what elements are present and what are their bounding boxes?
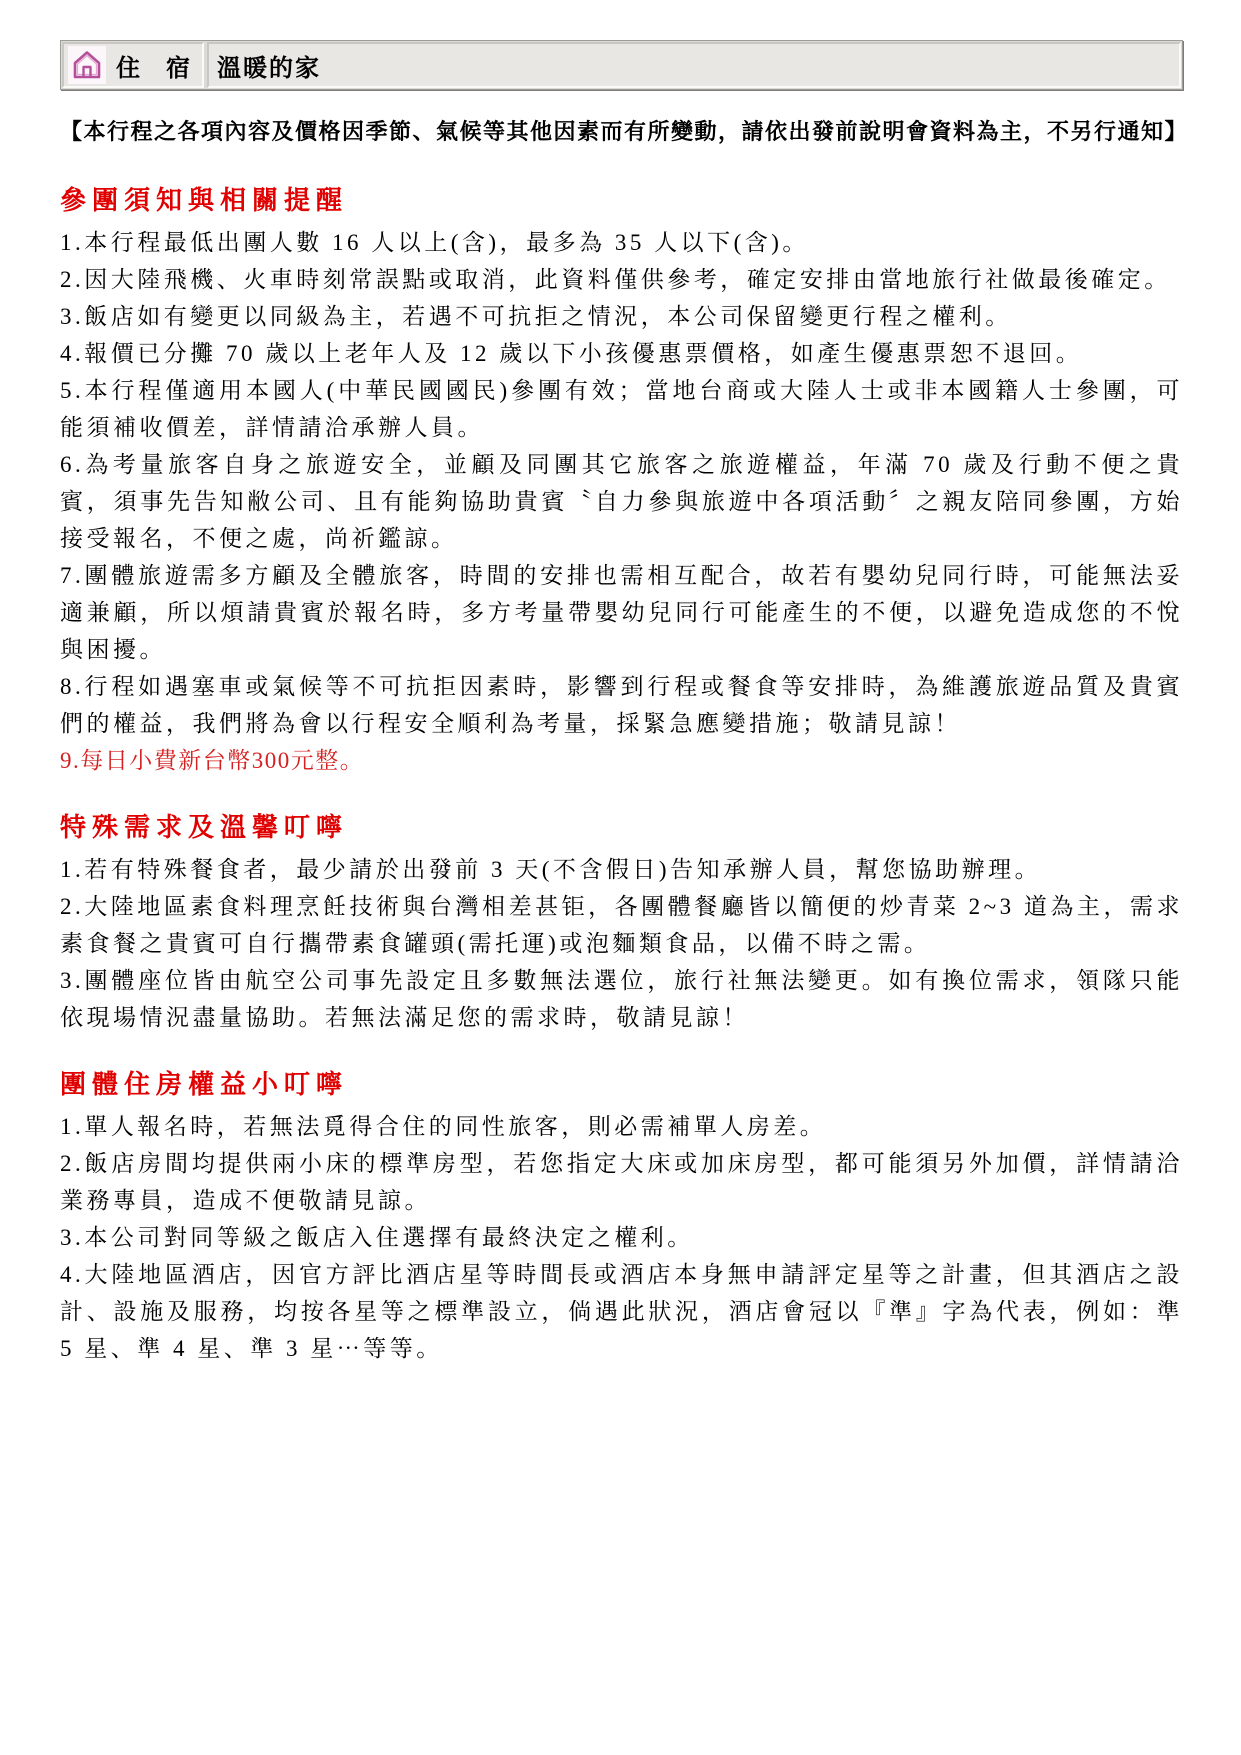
list-item: 4.大陸地區酒店，因官方評比酒店星等時間長或酒店本身無申請評定星等之計畫，但其酒… bbox=[60, 1256, 1183, 1367]
list-item: 3.本公司對同等級之飯店入住選擇有最終決定之權利。 bbox=[60, 1219, 1183, 1256]
list-item: 5.本行程僅適用本國人(中華民國國民)參團有效；當地台商或大陸人士或非本國籍人士… bbox=[60, 372, 1183, 446]
header-title: 溫暖的家 bbox=[217, 48, 321, 83]
list-item: 3.團體座位皆由航空公司事先設定且多數無法選位，旅行社無法變更。如有換位需求，領… bbox=[60, 962, 1183, 1036]
list-item: 1.本行程最低出團人數 16 人以上(含)，最多為 35 人以下(含)。 bbox=[60, 224, 1183, 261]
list-item: 6.為考量旅客自身之旅遊安全，並顧及同團其它旅客之旅遊權益，年滿 70 歲及行動… bbox=[60, 446, 1183, 557]
list-item: 2.飯店房間均提供兩小床的標準房型，若您指定大床或加床房型，都可能須另外加價，詳… bbox=[60, 1145, 1183, 1219]
header-title-cell: 溫暖的家 bbox=[207, 42, 1181, 88]
section-title-special-needs: 特殊需求及溫馨叮嚀 bbox=[60, 813, 1183, 843]
list-item: 1.單人報名時，若無法覓得合住的同性旅客，則必需補單人房差。 bbox=[60, 1108, 1183, 1145]
header-category-label: 住 宿 bbox=[116, 48, 200, 83]
section-header-bar: 住 宿 溫暖的家 bbox=[60, 40, 1183, 90]
notice-line: 【本行程之各項內容及價格因季節、氣候等其他因素而有所變動，請依出發前說明會資料為… bbox=[60, 116, 1183, 148]
list-item: 4.報價已分攤 70 歲以上老年人及 12 歲以下小孩優惠票價格，如產生優惠票恕… bbox=[60, 335, 1183, 372]
header-left-cell: 住 宿 bbox=[62, 42, 204, 88]
home-icon bbox=[68, 46, 106, 84]
list-item: 8.行程如遇塞車或氣候等不可抗拒因素時，影響到行程或餐食等安排時，為維護旅遊品質… bbox=[60, 668, 1183, 742]
list-item: 7.團體旅遊需多方顧及全體旅客，時間的安排也需相互配合，故若有嬰幼兒同行時，可能… bbox=[60, 557, 1183, 668]
list-item: 2.因大陸飛機、火車時刻常誤點或取消，此資料僅供參考，確定安排由當地旅行社做最後… bbox=[60, 261, 1183, 298]
section-title-tour-notes: 參團須知與相關提醒 bbox=[60, 186, 1183, 216]
list-item: 3.飯店如有變更以同級為主，若遇不可抗拒之情況，本公司保留變更行程之權利。 bbox=[60, 298, 1183, 335]
document-page: 住 宿 溫暖的家 【本行程之各項內容及價格因季節、氣候等其他因素而有所變動，請依… bbox=[0, 0, 1241, 1755]
list-item: 2.大陸地區素食料理烹飪技術與台灣相差甚钜，各團體餐廳皆以簡便的炒青菜 2~3 … bbox=[60, 888, 1183, 962]
list-item-tip-fee: 9.每日小費新台幣300元整。 bbox=[60, 742, 1183, 779]
section-title-room-rights: 團體住房權益小叮嚀 bbox=[60, 1070, 1183, 1100]
list-item: 1.若有特殊餐食者，最少請於出發前 3 天(不含假日)告知承辦人員，幫您協助辦理… bbox=[60, 851, 1183, 888]
